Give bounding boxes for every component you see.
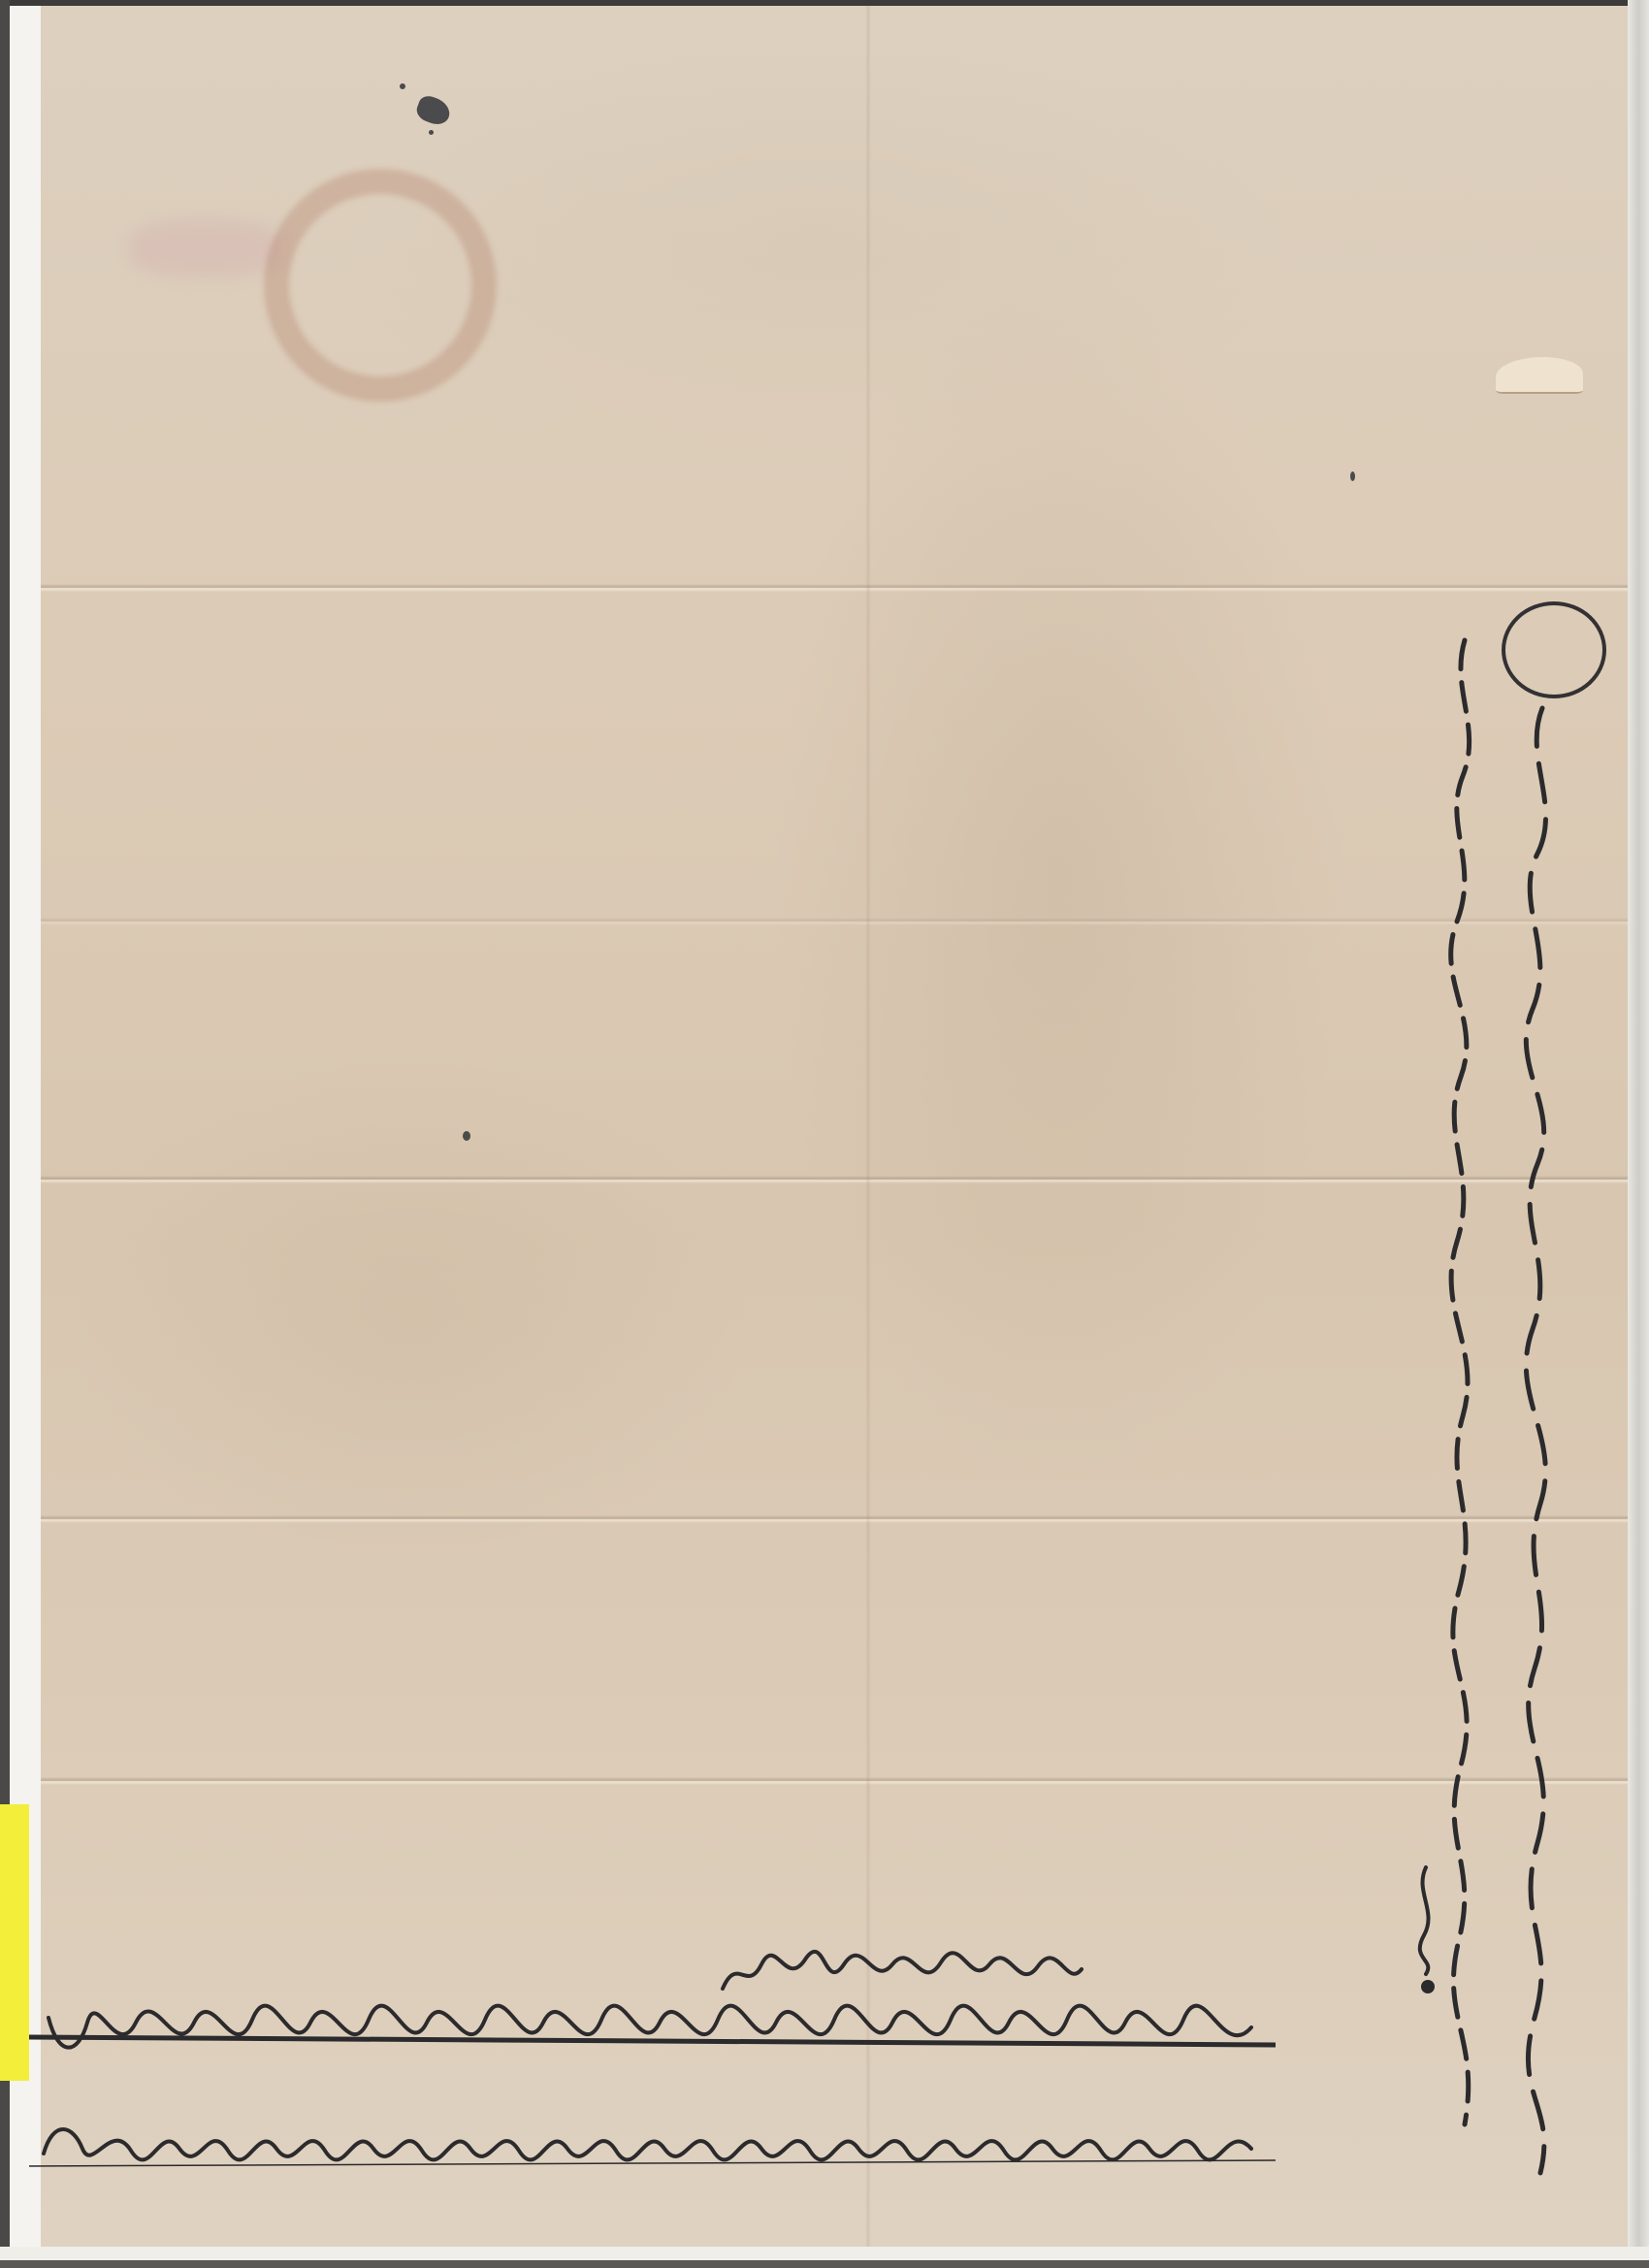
ink-speck bbox=[429, 130, 434, 135]
handwriting-strokes bbox=[29, 2110, 1280, 2178]
seal-mark: small hand-drawn circular seal with scri… bbox=[1502, 601, 1606, 698]
ring-stain bbox=[264, 169, 497, 402]
handwriting-strokes bbox=[1406, 1863, 1445, 1998]
scanner-right-margin bbox=[1628, 0, 1649, 2268]
right-column-3: short handwritten note (illegible) bbox=[1406, 1863, 1445, 1998]
handwriting-strokes bbox=[1513, 698, 1571, 2183]
bottom-line-3: long handwritten line (illegible) bbox=[29, 2110, 1280, 2178]
fold-line bbox=[41, 1777, 1628, 1785]
bottom-line-2: long handwritten line with continuous to… bbox=[29, 1998, 1280, 2076]
scanner-bottom-edge bbox=[0, 2260, 1649, 2268]
bottom-line-1: short handwritten line above (illegible) bbox=[718, 1945, 1086, 2003]
ink-speck bbox=[463, 1131, 470, 1141]
fold-line bbox=[41, 918, 1628, 925]
fold-line bbox=[41, 1176, 1628, 1183]
yellow-marker-tab bbox=[0, 1804, 29, 2081]
handwriting-strokes bbox=[718, 1945, 1086, 2003]
fold-line bbox=[41, 584, 1628, 592]
vertical-fold bbox=[865, 6, 871, 2247]
pink-smudge bbox=[128, 219, 283, 277]
right-column-1: handwritten endorsement line (illegible) bbox=[1513, 698, 1571, 2183]
ink-blot bbox=[414, 93, 454, 128]
ink-speck bbox=[1350, 471, 1355, 481]
fold-line bbox=[41, 1515, 1628, 1523]
manuscript-paper bbox=[41, 6, 1628, 2247]
torn-paper-chip bbox=[1496, 357, 1583, 394]
handwriting-strokes bbox=[29, 1998, 1280, 2076]
ink-speck bbox=[400, 83, 405, 89]
